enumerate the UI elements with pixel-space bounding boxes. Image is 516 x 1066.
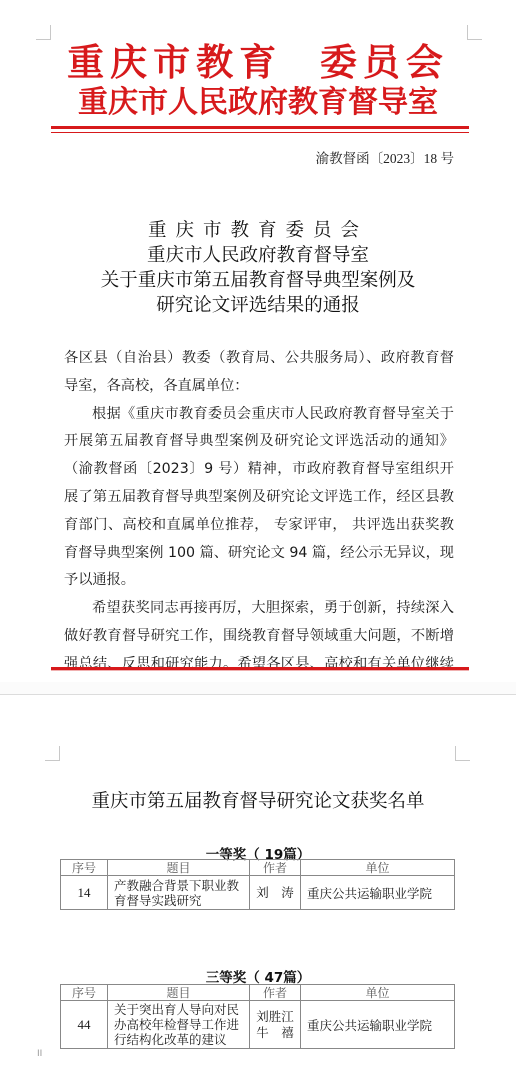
margin-corner-mark: [455, 746, 470, 761]
margin-corner-mark: [36, 25, 51, 40]
margin-corner-mark: [467, 25, 482, 40]
letterhead-line-2: 重庆市人民政府教育督导室: [0, 86, 516, 120]
column-header: 序号: [61, 860, 108, 876]
body-paragraph: 根据《重庆市教育委员会重庆市人民政府教育督导室关于开展第五届教育督导典型案例及研…: [64, 401, 454, 596]
cell-author: 刘 涛: [250, 876, 301, 910]
cell-unit: 重庆公共运输职业学院: [301, 876, 455, 910]
title-line: 重庆市人民政府教育督导室: [0, 243, 516, 268]
cell-author: 刘胜江 牛 禧: [250, 1001, 301, 1049]
cell-topic: 关于突出育人导向对民办高校年检督导工作进行结构化改革的建议: [108, 1001, 250, 1049]
notice-body: 各区县（自治县）教委（教育局、公共服务局）、政府教育督导室，各高校，各直属单位：…: [64, 345, 454, 734]
cell-num: 44: [61, 1001, 108, 1049]
table-header-row: 序号 题目 作者 单位: [61, 985, 455, 1001]
margin-corner-mark: [45, 746, 60, 761]
letterhead-rule: [51, 126, 469, 129]
letterhead-line-1: 重庆市教育 委员会: [0, 42, 516, 84]
award-list-page: 重庆市第五届教育督导研究论文获奖名单 一等奖（ 19篇） 序号 题目 作者 单位…: [0, 694, 516, 1066]
page-gap: [0, 682, 516, 694]
title-line: 关于重庆市第五届教育督导典型案例及: [0, 268, 516, 293]
letterhead-rule-thin: [51, 132, 469, 133]
award-table-third-prize: 序号 题目 作者 单位 44 关于突出育人导向对民办高校年检督导工作进行结构化改…: [60, 984, 455, 1049]
salutation: 各区县（自治县）教委（教育局、公共服务局）、政府教育督导室，各高校，各直属单位：: [64, 345, 454, 401]
title-line: 研究论文评选结果的通报: [0, 293, 516, 318]
notice-title: 重庆市教育委员会 重庆市人民政府教育督导室 关于重庆市第五届教育督导典型案例及 …: [0, 218, 516, 318]
column-header: 题目: [108, 860, 250, 876]
award-table-first-prize: 序号 题目 作者 单位 14 产教融合背景下职业教育督导实践研究 刘 涛 重庆公…: [60, 859, 455, 910]
column-header: 序号: [61, 985, 108, 1001]
cell-topic: 产教融合背景下职业教育督导实践研究: [108, 876, 250, 910]
page-bottom-rule: [51, 667, 469, 670]
column-header: 单位: [301, 860, 455, 876]
column-header: 题目: [108, 985, 250, 1001]
table-header-row: 序号 题目 作者 单位: [61, 860, 455, 876]
title-line: 重庆市教育委员会: [0, 218, 516, 243]
column-header: 单位: [301, 985, 455, 1001]
notice-page: 重庆市教育 委员会 重庆市人民政府教育督导室 渝教督函〔2023〕18 号 重庆…: [0, 0, 516, 682]
table-row: 14 产教融合背景下职业教育督导实践研究 刘 涛 重庆公共运输职业学院: [61, 876, 455, 910]
cell-unit: 重庆公共运输职业学院: [301, 1001, 455, 1049]
page-mark: II: [37, 1049, 42, 1059]
table-row: 44 关于突出育人导向对民办高校年检督导工作进行结构化改革的建议 刘胜江 牛 禧…: [61, 1001, 455, 1049]
award-section-heading: 三等奖（ 47篇）: [0, 966, 516, 986]
award-list-title: 重庆市第五届教育督导研究论文获奖名单: [0, 787, 516, 813]
cell-num: 14: [61, 876, 108, 910]
column-header: 作者: [250, 985, 301, 1001]
document-number: 渝教督函〔2023〕18 号: [316, 147, 454, 167]
column-header: 作者: [250, 860, 301, 876]
